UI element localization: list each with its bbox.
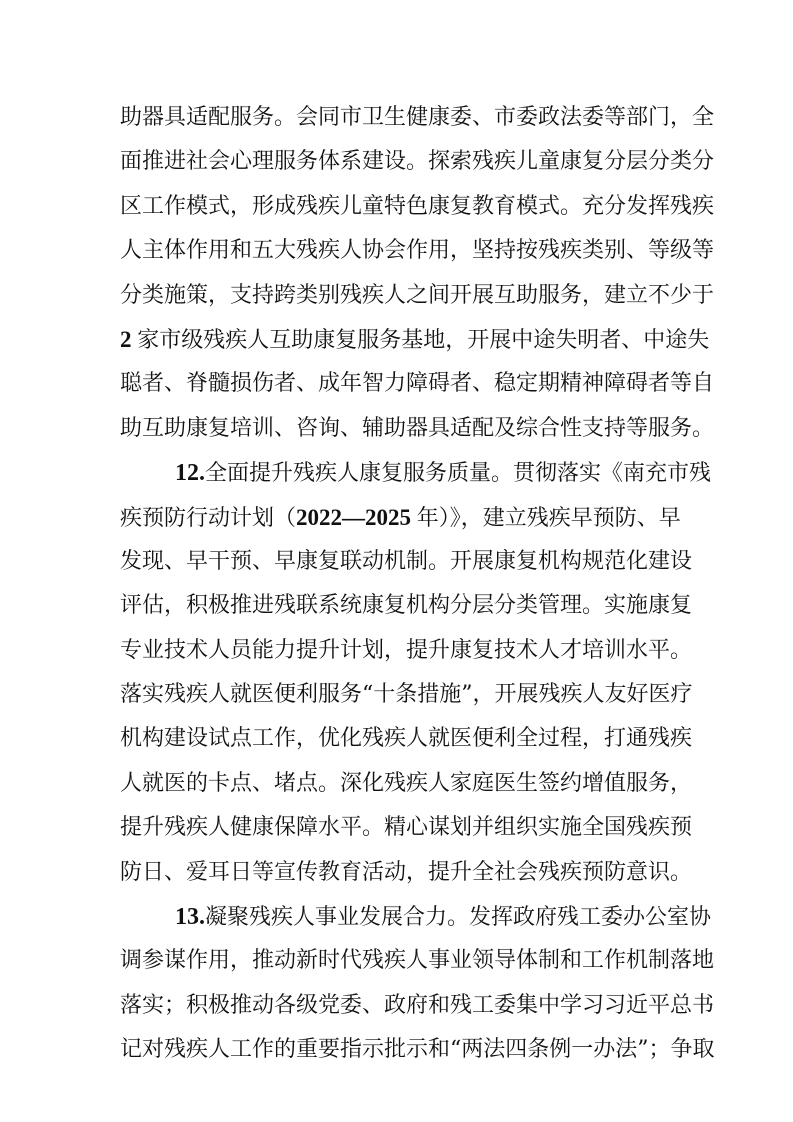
inline-number: 2: [120, 327, 137, 352]
text-line: 人主体作用和五大残疾人协会作用，坚持按残疾类别、等级等: [120, 229, 673, 273]
text-line: 区工作模式，形成残疾儿童特色康复教育模式。充分发挥残疾: [120, 185, 673, 229]
text-line: 提升残疾人健康保障水平。精心谋划并组织实施全国残疾预: [120, 806, 673, 850]
year-range: 2022—2025: [296, 505, 417, 530]
text-line: 助互助康复培训、咨询、辅助器具适配及综合性支持等服务。: [120, 407, 673, 451]
text-line: 疾预防行动计划（2022—2025 年）》，建立残疾早预防、早: [120, 496, 673, 540]
text-segment: 年）》，建立残疾早预防、早: [417, 506, 681, 531]
item-12-heading-line: 12.全面提升残疾人康复服务质量。贯彻落实《南充市残: [120, 451, 673, 495]
text-line: 面推进社会心理服务体系建设。探索残疾儿童康复分层分类分: [120, 140, 673, 184]
text-line: 防日、爱耳日等宣传教育活动，提升全社会残疾预防意识。: [120, 851, 673, 895]
text-segment: 家市级残疾人互助康复服务基地，开展中途失明者、中途失: [137, 328, 709, 353]
item-number: 12.: [175, 460, 205, 486]
text-line: 发现、早干预、早康复联动机制。开展康复机构规范化建设: [120, 540, 673, 584]
item-number: 13.: [175, 904, 205, 930]
text-segment: 全面提升残疾人康复服务质量。贯彻落实《南充市残: [205, 461, 711, 486]
text-line: 评估，积极推进残联系统康复机构分层分类管理。实施康复: [120, 584, 673, 628]
text-line: 记对残疾人工作的重要指示批示和“两法四条例一办法”；争取: [120, 1028, 673, 1072]
text-line: 人就医的卡点、堵点。深化残疾人家庭医生签约增值服务，: [120, 762, 673, 806]
text-line: 落实；积极推动各级党委、政府和残工委集中学习习近平总书: [120, 984, 673, 1028]
body-text: 助器具适配服务。会同市卫生健康委、市委政法委等部门，全 面推进社会心理服务体系建…: [120, 96, 673, 1073]
text-line: 2 家市级残疾人互助康复服务基地，开展中途失明者、中途失: [120, 318, 673, 362]
text-line: 调参谋作用，推动新时代残疾人事业领导体制和工作机制落地: [120, 939, 673, 983]
text-line: 分类施策，支持跨类别残疾人之间开展互助服务，建立不少于: [120, 274, 673, 318]
text-line: 机构建设试点工作，优化残疾人就医便利全过程，打通残疾: [120, 717, 673, 761]
text-line: 落实残疾人就医便利服务“十条措施”，开展残疾人友好医疗: [120, 673, 673, 717]
text-line: 专业技术人员能力提升计划，提升康复技术人才培训水平。: [120, 629, 673, 673]
text-segment: 疾预防行动计划（: [120, 506, 296, 531]
text-segment: 凝聚残疾人事业发展合力。发挥政府残工委办公室协: [205, 905, 711, 930]
text-line: 聪者、脊髓损伤者、成年智力障碍者、稳定期精神障碍者等自: [120, 362, 673, 406]
document-page: 助器具适配服务。会同市卫生健康委、市委政法委等部门，全 面推进社会心理服务体系建…: [0, 0, 793, 1122]
text-line: 助器具适配服务。会同市卫生健康委、市委政法委等部门，全: [120, 96, 673, 140]
item-13-heading-line: 13.凝聚残疾人事业发展合力。发挥政府残工委办公室协: [120, 895, 673, 939]
